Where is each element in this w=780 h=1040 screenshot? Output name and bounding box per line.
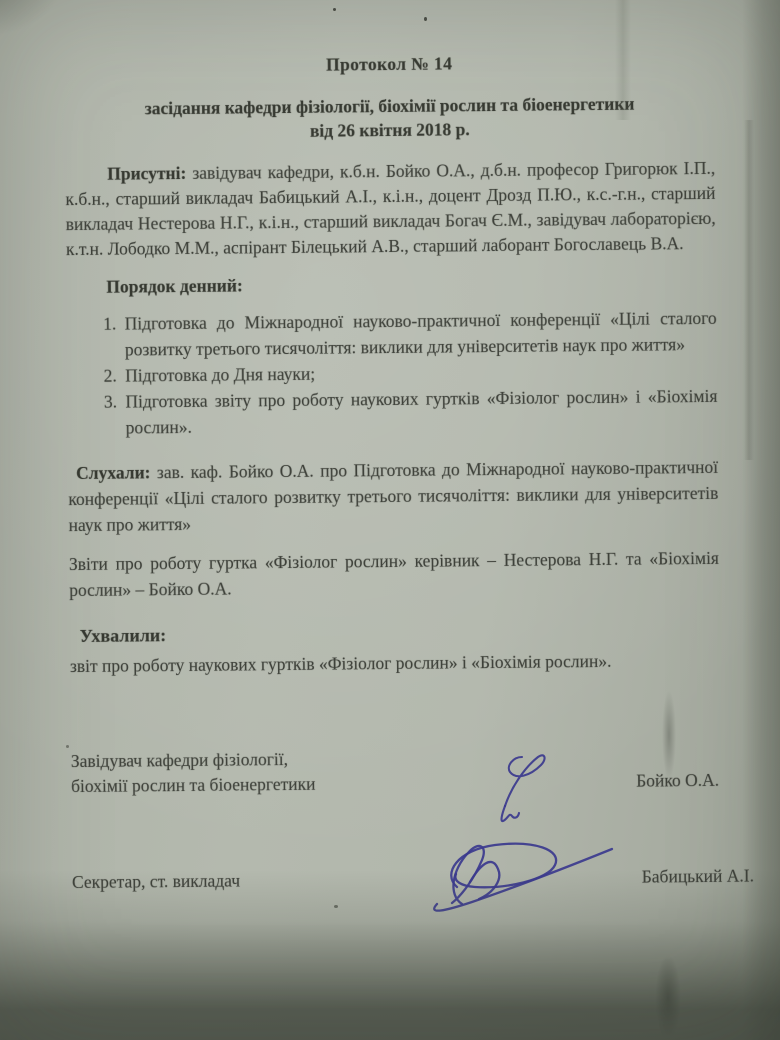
- photographed-document-page: Протокол № 14 засідання кафедри фізіолог…: [0, 0, 780, 1040]
- page-title: Протокол № 14: [64, 49, 714, 80]
- protocol-document: Протокол № 14 засідання кафедри фізіолог…: [64, 41, 722, 895]
- heard-paragraph: Слухали: зав. каф. Бойко О.А. про Підгот…: [68, 454, 719, 538]
- paper-speck: [66, 745, 69, 748]
- signer-role-head: Завідувач кафедри фізіології, біохімії р…: [71, 747, 316, 799]
- resolved-text: звіт про роботу наукових гуртків «Фізіол…: [70, 647, 720, 679]
- signature-block-secretary: Секретар, ст. викладач Бабицький А.І.: [72, 864, 754, 896]
- bottom-smudge: [655, 955, 681, 1040]
- attendees-paragraph: Присутні: завідувач кафедри, к.б.н. Бойк…: [65, 156, 716, 262]
- signer-role-head-line1: Завідувач кафедри фізіології,: [71, 749, 288, 771]
- paper-speck: [334, 905, 338, 908]
- agenda-heading: Порядок денний:: [66, 269, 716, 300]
- paper-shadow-streak: [744, 120, 754, 460]
- signer-name-head: Бойко О.А.: [636, 768, 721, 794]
- resolved-heading: Ухвалили:: [70, 618, 720, 649]
- reports-paragraph: Звіти про роботу гуртка «Фізіолог рослин…: [69, 545, 719, 603]
- paper-speck: [424, 17, 427, 21]
- signer-role-head-line2: біохімії рослин та біоенергетики: [71, 774, 316, 796]
- agenda-item-3: Підготовка звіту про роботу наукових гур…: [121, 383, 717, 441]
- heard-label: Слухали:: [76, 462, 151, 483]
- heard-text: зав. каф. Бойко О.А. про Підготовка до М…: [68, 457, 718, 535]
- subtitle-line-1: засідання кафедри фізіології, біохімії р…: [145, 94, 635, 119]
- bottom-edge-shadow: [0, 870, 780, 1040]
- agenda-item-1: Підготовка до Міжнародної науково-практи…: [121, 305, 717, 363]
- paper-speck: [333, 8, 336, 11]
- attendees-label: Присутні:: [107, 163, 186, 184]
- subtitle-line-2: від 26 квітня 2018 р.: [310, 119, 470, 141]
- document-subtitle: засідання кафедри фізіології, біохімії р…: [64, 91, 714, 145]
- agenda-list: Підготовка до Міжнародної науково-практи…: [67, 305, 718, 441]
- signer-role-secretary: Секретар, ст. викладач: [72, 868, 240, 895]
- signer-name-secretary: Бабицький А.І.: [642, 864, 755, 890]
- signature-block-head: Завідувач кафедри фізіології, біохімії р…: [71, 743, 721, 799]
